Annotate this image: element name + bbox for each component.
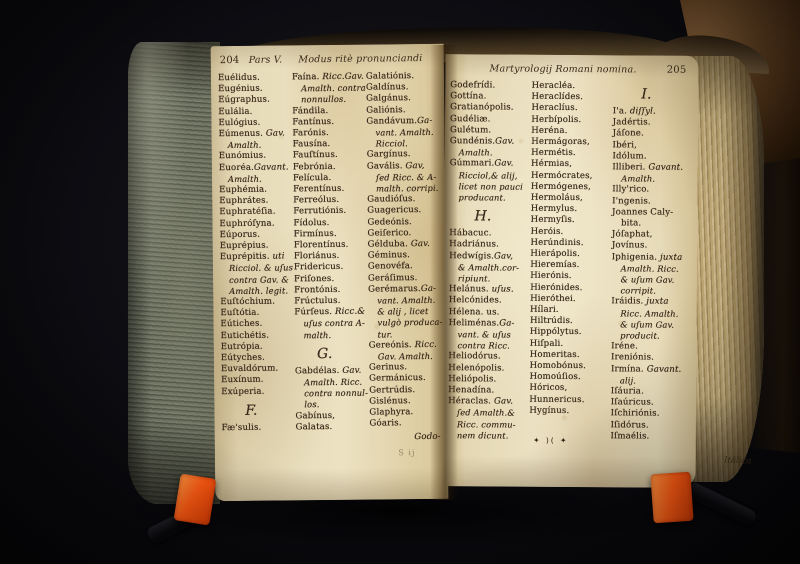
section-letter: I. [613, 84, 680, 105]
entry-line: Iſidórus. [611, 420, 692, 432]
entry-line: Heliménas.Ga- [449, 318, 530, 330]
entry-line: Amalth. [219, 173, 293, 185]
entry-line: producit. [611, 330, 692, 342]
entry-line: Gudéliæ. [450, 114, 531, 126]
entry-line: Iphigenia. juxta [612, 252, 693, 264]
entry-line: Illiberi. Gavant. [612, 162, 693, 174]
entry-line: Iráidis. juxta [611, 297, 692, 309]
entry-line: Homeritas. [530, 350, 611, 362]
entry-line: Heróis. [531, 226, 612, 238]
entry-line: Febrónia. [293, 161, 367, 173]
right-page-columns: Godefrídi.Gottína.Gratianópolis.Gudéliæ.… [443, 78, 699, 443]
entry-line: Herúndinis. [530, 238, 611, 250]
entry-line: Heracléa. [532, 81, 613, 93]
entry-line: licet non pauci [450, 181, 531, 193]
entry-line: Amalth. Ricc. [612, 263, 693, 275]
entry-line: Gratianópolis. [450, 103, 531, 115]
entry-line: Ibéri, [612, 140, 693, 152]
entry-line: Friſones. [294, 273, 368, 285]
entry-line: Góaris. [369, 418, 443, 430]
entry-line: & uſum Gav. [611, 319, 692, 331]
entry-line: Illy'rico. [612, 185, 693, 197]
entry-line: Geiſerico. [367, 228, 441, 240]
entry-line: Genovéfa. [368, 261, 442, 273]
entry-line: Joannes Caly- [612, 207, 693, 219]
entry-line: Iſáuria. [611, 386, 692, 398]
photo-scene: 204 Pars V.Modus ritè pronunciandi Euéli… [0, 0, 800, 564]
entry-line: malth. corripi. [367, 183, 441, 195]
left-page-number: 204 [220, 55, 240, 66]
entry-line: Fridericus. [294, 262, 368, 274]
entry-line: Fantínus. [292, 116, 366, 128]
text-column: I.I'a. diſſyl.Jadértis.Jáſone.Ibéri,Idól… [610, 81, 694, 443]
entry-line: Homobónus. [530, 361, 611, 373]
entry-line: Glaphyra. [369, 407, 443, 419]
left-page-header: 204 Pars V.Modus ritè pronunciandi [211, 44, 444, 69]
entry-line: Fauſtínus. [293, 150, 367, 162]
entry-line: Hadriánus. [449, 240, 530, 252]
entry-line: alij. [611, 375, 692, 387]
entry-line: contra Gav. & [220, 274, 294, 286]
orange-clip-left [174, 473, 217, 525]
entry-line: Heréna. [531, 126, 612, 138]
entry-line: Hippólytus. [530, 327, 611, 339]
entry-line: Euphémia. [219, 184, 293, 196]
entry-line: Eútyches. [221, 352, 295, 364]
text-column: Euélidus.Eugénius.Eúgraphus.Eulália.Euló… [218, 72, 296, 444]
entry-line: Ferentínus. [293, 184, 367, 196]
entry-line: Gerémarus.Ga- [368, 284, 442, 296]
entry-line: Heliópolis. [448, 374, 529, 386]
entry-line: Germánicus. [369, 373, 443, 385]
entry-line: Irmína. Gavant. [611, 364, 692, 376]
printer-ornament: ✦ )( ✦ [514, 436, 588, 446]
entry-line: Exúperia. [221, 386, 295, 398]
entry-line: Ireniónis. [611, 353, 692, 365]
running-title-section: Pars V. [249, 54, 283, 65]
entry-line: Hóricos, [529, 383, 610, 395]
entry-line: Euſtóchium. [220, 296, 294, 308]
entry-line: Galatiónis. [366, 71, 440, 83]
entry-line: Hérmias, [531, 159, 612, 171]
entry-line: Heliodórus. [448, 352, 529, 364]
entry-line: ſed Ricc. & A- [367, 172, 441, 184]
entry-line: producant. [449, 192, 530, 204]
entry-line: Hunnericus. [529, 394, 610, 406]
entry-line: tur. [369, 328, 443, 340]
entry-line: Euphratéſia. [219, 207, 293, 219]
entry-line: vulgò produca- [368, 317, 442, 329]
entry-line: I'ngenis. [612, 196, 693, 208]
entry-line: ſed Amalth.& [448, 408, 529, 420]
entry-line: Hélena. us. [449, 307, 530, 319]
entry-line: Iſchiriónis. [611, 409, 692, 421]
text-column: Godefrídi.Gottína.Gratianópolis.Gudéliæ.… [448, 80, 532, 442]
left-page: 204 Pars V.Modus ritè pronunciandi Euéli… [211, 44, 449, 501]
entry-line: Firmínus. [294, 228, 368, 240]
entry-line: Euprépitis. uti [220, 252, 294, 264]
left-page-columns: Euélidus.Eugénius.Eúgraphus.Eulália.Euló… [211, 67, 448, 445]
entry-line: Hygínus. [529, 406, 610, 418]
entry-line: Idólum. [612, 151, 693, 163]
left-fore-edge [128, 42, 220, 504]
entry-line: Eutrópia. [221, 341, 295, 353]
entry-line: Eulógius. [218, 117, 292, 129]
entry-line: vant. Amalth. [366, 127, 440, 139]
entry-line: Euphróſyna. [219, 218, 293, 230]
entry-line: Felícula. [293, 172, 367, 184]
entry-line: Eulália. [218, 106, 292, 118]
entry-line: Galatas. [296, 421, 370, 433]
entry-line: Frontónis. [294, 284, 368, 296]
entry-line: Héraclas. Gav. [448, 396, 529, 408]
entry-line: malth. [295, 329, 369, 341]
catchword: Godo- [370, 431, 444, 443]
entry-line: Hermoláus, [531, 193, 612, 205]
entry-line: Hermógenes, [531, 182, 612, 194]
entry-line: Eunómius. [219, 151, 293, 163]
entry-line: Iſmaélis. [610, 431, 691, 443]
entry-line: ripiunt. [449, 273, 530, 285]
left-running-title: Pars V.Modus ritè pronunciandi [239, 53, 431, 66]
entry-line: Euxínum. [221, 375, 295, 387]
entry-line: Gislénus. [369, 396, 443, 408]
entry-line: Fúrſeus. Ricc.& [294, 307, 368, 319]
entry-line: & Amalth.cor- [449, 262, 530, 274]
orange-clip-right [650, 472, 693, 524]
entry-line: Eúgraphus. [218, 95, 292, 107]
running-title-text: Modus ritè pronunciandi [298, 53, 422, 65]
entry-line: los. [295, 399, 369, 411]
entry-line: Jáſone. [613, 129, 694, 141]
entry-line: Ricc. commu- [448, 419, 529, 431]
entry-line: Gulétum. [450, 125, 531, 137]
entry-line: contra nonnul- [295, 388, 369, 400]
entry-line: Godefrídi. [450, 80, 531, 92]
entry-line: Galiónis. [366, 104, 440, 116]
entry-line: Euoréa.Gavant. [219, 162, 293, 174]
entry-line: Hierónides. [530, 282, 611, 294]
entry-line: Galgánus. [366, 93, 440, 105]
entry-line: Helenópolis. [448, 363, 529, 375]
entry-line: Gabínus, [295, 410, 369, 422]
entry-line: Ferrutiónis. [293, 206, 367, 218]
signature-mark: S ij [387, 448, 427, 457]
entry-line: Hedwígis.Gav, [449, 251, 530, 263]
entry-line: Henadína. [448, 385, 529, 397]
right-page-number: 205 [667, 65, 687, 76]
section-letter: G. [295, 344, 355, 366]
right-running-title: Martyrologij Romani nomina. [459, 63, 666, 75]
entry-line: vant. & uſus [449, 329, 530, 341]
text-column: Heracléa.Heraclídes.Heraclíus.Herbípolis… [529, 81, 613, 443]
entry-line: Amalth. Ricc. [295, 377, 369, 389]
section-letter: F. [221, 400, 281, 422]
entry-line: Gargínus. [367, 149, 441, 161]
right-clip-strap [684, 481, 758, 528]
text-column: Galatiónis.Galdínus.Galgánus.Galiónis.Ga… [366, 71, 444, 443]
text-column: Faína. Ricc.Gav.Amalth. contranonnullos.… [292, 72, 370, 444]
entry-line: Hermágoras, [531, 137, 612, 149]
entry-line: Eutichétis. [221, 330, 295, 342]
entry-line: Heraclíus. [531, 103, 612, 115]
entry-line: Gereónis. Ricc. [369, 340, 443, 352]
entry-line: bita. [612, 218, 693, 230]
entry-line: uſus contra A- [294, 318, 368, 330]
entry-line: Hierápolis. [530, 249, 611, 261]
entry-line: Eúporus. [220, 229, 294, 241]
entry-line: Hílari. [530, 305, 611, 317]
entry-line: Gundénis.Gav. [450, 136, 531, 148]
entry-line: Gedeónis. [367, 216, 441, 228]
entry-line: Ricciol. & uſus [220, 263, 294, 275]
entry-line: Hermócrates, [531, 170, 612, 182]
entry-line: Gertrúdis. [369, 385, 443, 397]
entry-line: Gavális. Gav, [367, 160, 441, 172]
right-page: Martyrologij Romani nomina. 205 Godefríd… [442, 54, 698, 488]
entry-line: Helcónides. [449, 296, 530, 308]
entry-line: Hieróthei. [530, 294, 611, 306]
entry-line: Galdínus. [366, 82, 440, 94]
entry-line: vant. Amalth. [368, 295, 442, 307]
entry-line: Amalth. legit. [220, 285, 294, 297]
right-page-catchword: Itálica [724, 456, 752, 467]
section-letter: H. [449, 206, 516, 227]
entry-line: Gélduba. Gav. [368, 239, 442, 251]
entry-line: Ricciol,& alij, [450, 170, 531, 182]
entry-line: Guagericus. [367, 205, 441, 217]
right-page-header: Martyrologij Romani nomina. 205 [445, 54, 698, 80]
entry-line: Hermyſis. [531, 215, 612, 227]
entry-line: Eútiches. [220, 319, 294, 331]
entry-line: Euélidus. [218, 72, 292, 84]
entry-line: Jovínus. [612, 241, 693, 253]
entry-line: Gav. Amalth. [369, 351, 443, 363]
entry-line: Hierónis. [530, 271, 611, 283]
entry-line: Herbípolis. [531, 114, 612, 126]
entry-line: nonnullos. [292, 94, 366, 106]
running-title-text: Martyrologij Romani nomina. [490, 63, 637, 75]
entry-line: Farónis. [292, 128, 366, 140]
entry-line: Hiſpali. [530, 338, 611, 350]
entry-line: Ricc. Amalth. [611, 308, 692, 320]
entry-line: Fándila. [292, 105, 366, 117]
entry-line: Fídolus. [293, 217, 367, 229]
entry-line: Eúmenus. Gav. [218, 128, 292, 140]
entry-line: I'a. diſſyl. [613, 106, 694, 118]
entry-line: Geráſimus. [368, 272, 442, 284]
entry-line: Gandávum.Ga- [366, 116, 440, 128]
entry-line: Gúmmari.Gav. [450, 159, 531, 171]
entry-line: Amalth. contra [292, 83, 366, 95]
entry-line: Gabdélas. Gav. [295, 365, 369, 377]
right-fore-edge [690, 56, 764, 482]
entry-line: Faína. Ricc.Gav. [292, 72, 366, 84]
entry-line: Fæ'sulis. [222, 422, 296, 434]
entry-line: Florentínus. [294, 240, 368, 252]
entry-line: & uſum Gav. [612, 274, 693, 286]
